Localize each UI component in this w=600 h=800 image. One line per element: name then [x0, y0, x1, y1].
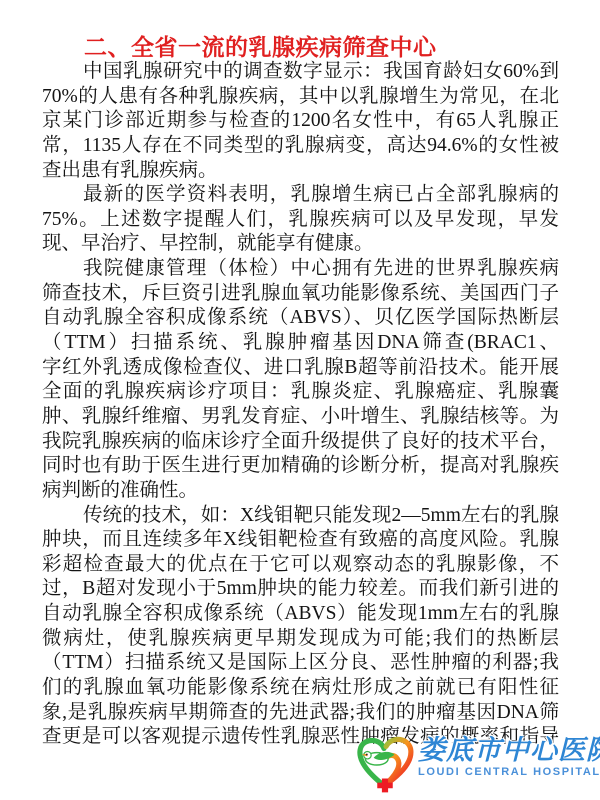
text-line: 我院乳腺疾病的临床诊疗全面升级提供了良好的技术平台， [42, 430, 559, 455]
body-text: 中国乳腺研究中的调查数字显示：我国育龄妇女60%到70%的人患有各种乳腺疾病，其… [42, 60, 559, 750]
text-line: 同时也有助于医生进行更加精确的诊断分析，提高对乳腺疾 [42, 454, 559, 479]
text-line: （TTM）扫描系统又是国际上区分良、恶性肿瘤的利器;我 [42, 651, 559, 676]
text-line: 肿块，而且连续多年X线钼靶检查有致癌的高度风险。乳腺 [42, 528, 559, 553]
text-line: 肿、乳腺纤维瘤、男乳发育症、小叶增生、乳腺结核等。为 [42, 405, 559, 430]
text-line: 微病灶，使乳腺疾病更早期发现成为可能;我们的热断层 [42, 627, 559, 652]
hospital-logo-text: 娄底市中心医院 LOUDI CENTRAL HOSPITAL [418, 733, 600, 778]
text-line: 过，B超对发现小于5mm肿块的能力较差。而我们新引进的 [42, 577, 559, 602]
text-line: 们的乳腺血氧功能影像系统在病灶形成之前就已有阳性征 [42, 676, 559, 701]
page-title: 二、全省一流的乳腺疾病筛查中心 [84, 29, 437, 62]
text-line: 查出患有乳腺疾病。 [42, 159, 559, 184]
text-line: 全面的乳腺疾病诊疗项目：乳腺炎症、乳腺癌症、乳腺囊 [42, 380, 559, 405]
text-line: 病判断的准确性。 [42, 479, 559, 504]
text-line: 75%。上述数字提醒人们，乳腺疾病可以及早发现，早发 [42, 208, 559, 233]
text-line: （TTM）扫描系统、乳腺肿瘤基因DNA筛查(BRAC1、BRAC2)数 [42, 331, 559, 356]
hospital-name-english: LOUDI CENTRAL HOSPITAL [418, 766, 600, 778]
text-line: 中国乳腺研究中的调查数字显示：我国育龄妇女60%到 [42, 60, 559, 85]
text-line: 常，1135人存在不同类型的乳腺病变，高达94.6%的女性被 [42, 134, 559, 159]
text-line: 字红外乳透成像检查仪、进口乳腺B超等前沿技术。能开展 [42, 356, 559, 381]
text-line: 象,是乳腺疾病早期筛查的先进武器;我们的肿瘤基因DNA筛 [42, 701, 559, 726]
text-line: 自动乳腺全容积成像系统（ABVS）能发现1mm左右的乳腺细 [42, 602, 559, 627]
text-line: 现、早治疗、早控制，就能享有健康。 [42, 232, 559, 257]
hospital-logo: 娄底市中心医院 LOUDI CENTRAL HOSPITAL [354, 733, 600, 795]
text-line: 70%的人患有各种乳腺疾病，其中以乳腺增生为常见，在北 [42, 85, 559, 110]
text-line: 彩超检查最大的优点在于它可以观察动态的乳腺影像，不 [42, 553, 559, 578]
hospital-name-chinese: 娄底市中心医院 [418, 736, 600, 764]
text-line: 传统的技术，如：X线钼靶只能发现2—5mm左右的乳腺 [42, 504, 559, 529]
heart-dove-logo-icon [354, 733, 416, 795]
text-line: 我院健康管理（体检）中心拥有先进的世界乳腺疾病 [42, 257, 559, 282]
text-line: 最新的医学资料表明，乳腺增生病已占全部乳腺病的 [42, 183, 559, 208]
text-line: 自动乳腺全容积成像系统（ABVS）、贝亿医学国际热断层 [42, 306, 559, 331]
text-line: 筛查技术，斥巨资引进乳腺血氧功能影像系统、美国西门子 [42, 282, 559, 307]
document-page: 二、全省一流的乳腺疾病筛查中心 中国乳腺研究中的调查数字显示：我国育龄妇女60%… [0, 0, 600, 800]
text-line: 京某门诊部近期参与检查的1200名女性中，有65人乳腺正 [42, 109, 559, 134]
